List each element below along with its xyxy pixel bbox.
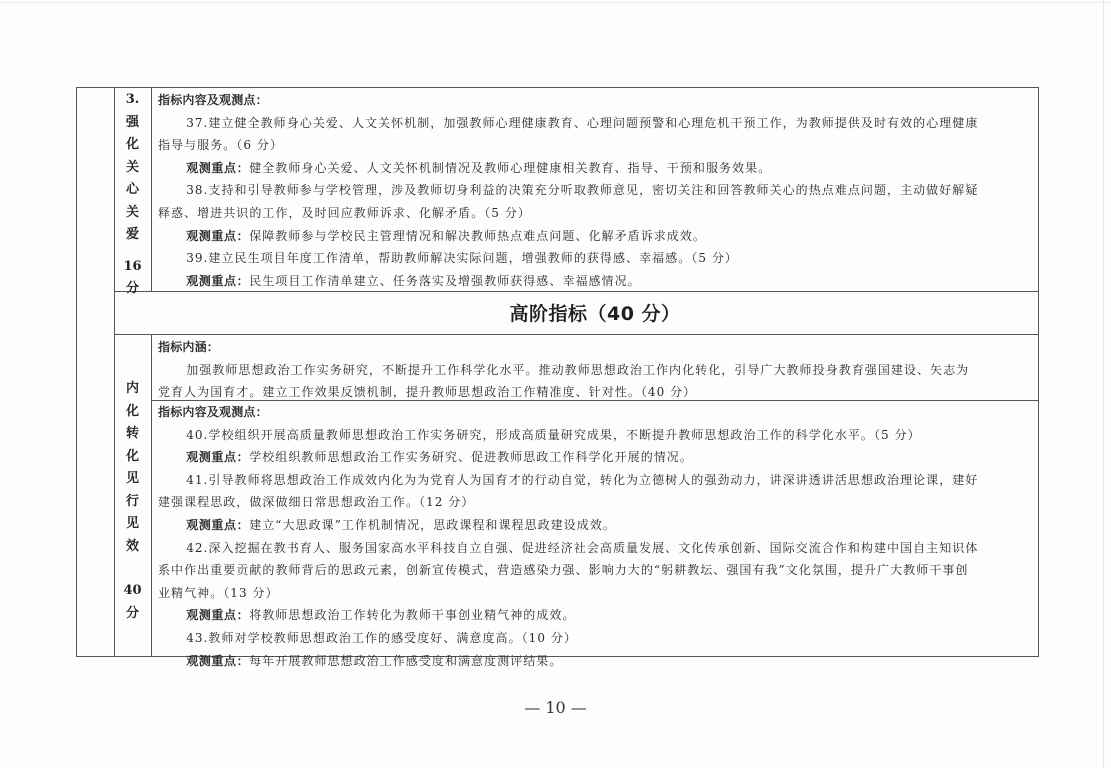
item-text: 38.支持和引导教师参与学校管理，涉及教师切身利益的决策充分听取教师意见，密切关… [158,179,1033,202]
label-char: 化 [114,134,151,157]
item-text: 释惑、增进共识的工作，及时回应教师诉求、化解矛盾。（5 分） [158,202,1033,225]
focus-line: 观测重点：健全教师身心关爱、人文关怀机制情况及教师心理健康相关教育、指导、干预和… [158,157,1033,180]
high-content: 指标内容及观测点： 40.学校组织开展高质量教师思想政治工作实务研究，形成高质量… [158,401,1033,672]
item-text: 业精气神。（13 分） [158,582,1033,605]
focus-text: 学校组织教师思想政治工作实务研究、促进教师思政工作科学化开展的情况。 [249,450,693,464]
label-char: 内 [114,378,151,401]
label-char: 16 [114,256,151,279]
focus-line: 观测重点：学校组织教师思想政治工作实务研究、促进教师思政工作科学化开展的情况。 [158,446,1033,469]
table-divider [151,87,152,291]
focus-label: 观测重点： [186,450,249,464]
focus-text: 民生项目工作清单建立、任务落实及增强教师获得感、幸福感情况。 [249,274,641,288]
focus-line: 观测重点：每年开展教师思想政治工作感受度和满意度测评结果。 [158,650,1033,673]
focus-text: 保障教师参与学校民主管理情况和解决教师热点难点问题、化解矛盾诉求成效。 [249,229,706,243]
item-text: 41.引导教师将思想政治工作成效内化为为党育人为国育才的行动自觉，转化为立德树人… [158,469,1033,492]
label-char: 转 [114,423,151,446]
item-text: 40.学校组织开展高质量教师思想政治工作实务研究，形成高质量研究成果，不断提升教… [158,424,1033,447]
label-char: 化 [114,446,151,469]
item-text: 37.建立健全教师身心关爱、人文关怀机制，加强教师心理健康教育、心理问题预警和心… [158,112,1033,135]
focus-text: 将教师思想政治工作转化为教师干事创业精气神的成效。 [249,608,575,622]
focus-text: 健全教师身心关爱、人文关怀机制情况及教师心理健康相关教育、指导、干预和服务效果。 [249,161,771,175]
item-text: 42.深入挖掘在教书育人、服务国家高水平科技自立自强、促进经济社会高质量发展、文… [158,537,1033,560]
content-heading: 指标内容及观测点： [158,401,1033,424]
focus-label: 观测重点： [186,161,249,175]
page-edge [1103,0,1104,768]
table-divider [151,334,152,657]
page-number: — 10 — [0,698,1111,717]
page-edge [0,2,1111,3]
content-heading: 指标内容及观测点： [158,89,1033,112]
label-char: 见 [114,513,151,536]
spacer [114,247,151,256]
section-label: 内 化 转 化 见 行 见 效 40 分 [114,378,151,625]
focus-line: 观测重点：民生项目工作清单建立、任务落实及增强教师获得感、幸福感情况。 [158,270,1033,293]
focus-line: 观测重点：将教师思想政治工作转化为教师干事创业精气神的成效。 [158,604,1033,627]
item-text: 系中作出重要贡献的教师背后的思政元素，创新宣传模式，营造感染力强、影响力大的“躬… [158,559,1033,582]
focus-text: 建立“大思政课”工作机制情况，思政课程和课程思政建设成效。 [249,518,616,532]
label-char: 效 [114,536,151,559]
focus-label: 观测重点： [186,518,249,532]
label-char: 关 [114,202,151,225]
label-char: 见 [114,468,151,491]
focus-line: 观测重点：保障教师参与学校民主管理情况和解决教师热点难点问题、化解矛盾诉求成效。 [158,225,1033,248]
label-char: 关 [114,157,151,180]
label-char: 爱 [114,224,151,247]
section-band-title: 高阶指标（40 分） [151,291,1039,334]
spacer [114,558,151,580]
label-char: 40 [114,580,151,603]
item-text: 39.建立民生项目年度工作清单，帮助教师解决实际问题，增强教师的获得感、幸福感。… [158,247,1033,270]
focus-label: 观测重点： [186,654,249,668]
focus-text: 每年开展教师思想政治工作感受度和满意度测评结果。 [249,654,562,668]
label-char: 化 [114,401,151,424]
focus-label: 观测重点： [186,274,249,288]
item-text: 43.教师对学校教师思想政治工作的感受度好、满意度高。（10 分） [158,627,1033,650]
connotation-heading: 指标内涵： [158,336,1033,359]
focus-line: 观测重点：建立“大思政课”工作机制情况，思政课程和课程思政建设成效。 [158,514,1033,537]
label-char: 分 [114,278,151,301]
label-char: 行 [114,491,151,514]
connotation-cell: 指标内涵： 加强教师思想政治工作实务研究，不断提升工作科学化水平。推动教师思想政… [158,336,1033,404]
section3-content: 指标内容及观测点： 37.建立健全教师身心关爱、人文关怀机制，加强教师心理健康教… [158,89,1033,292]
section-label: 3. 强 化 关 心 关 爱 16 分 [114,89,151,301]
label-char: 心 [114,179,151,202]
focus-label: 观测重点： [186,608,249,622]
label-char: 3. [114,89,151,112]
item-text: 指导与服务。（6 分） [158,134,1033,157]
label-char: 分 [114,603,151,626]
item-text: 建强课程思政，做深做细日常思想政治工作。（12 分） [158,491,1033,514]
label-char: 强 [114,112,151,135]
connotation-text: 加强教师思想政治工作实务研究，不断提升工作科学化水平。推动教师思想政治工作内化转… [158,359,1033,382]
focus-label: 观测重点： [186,229,249,243]
